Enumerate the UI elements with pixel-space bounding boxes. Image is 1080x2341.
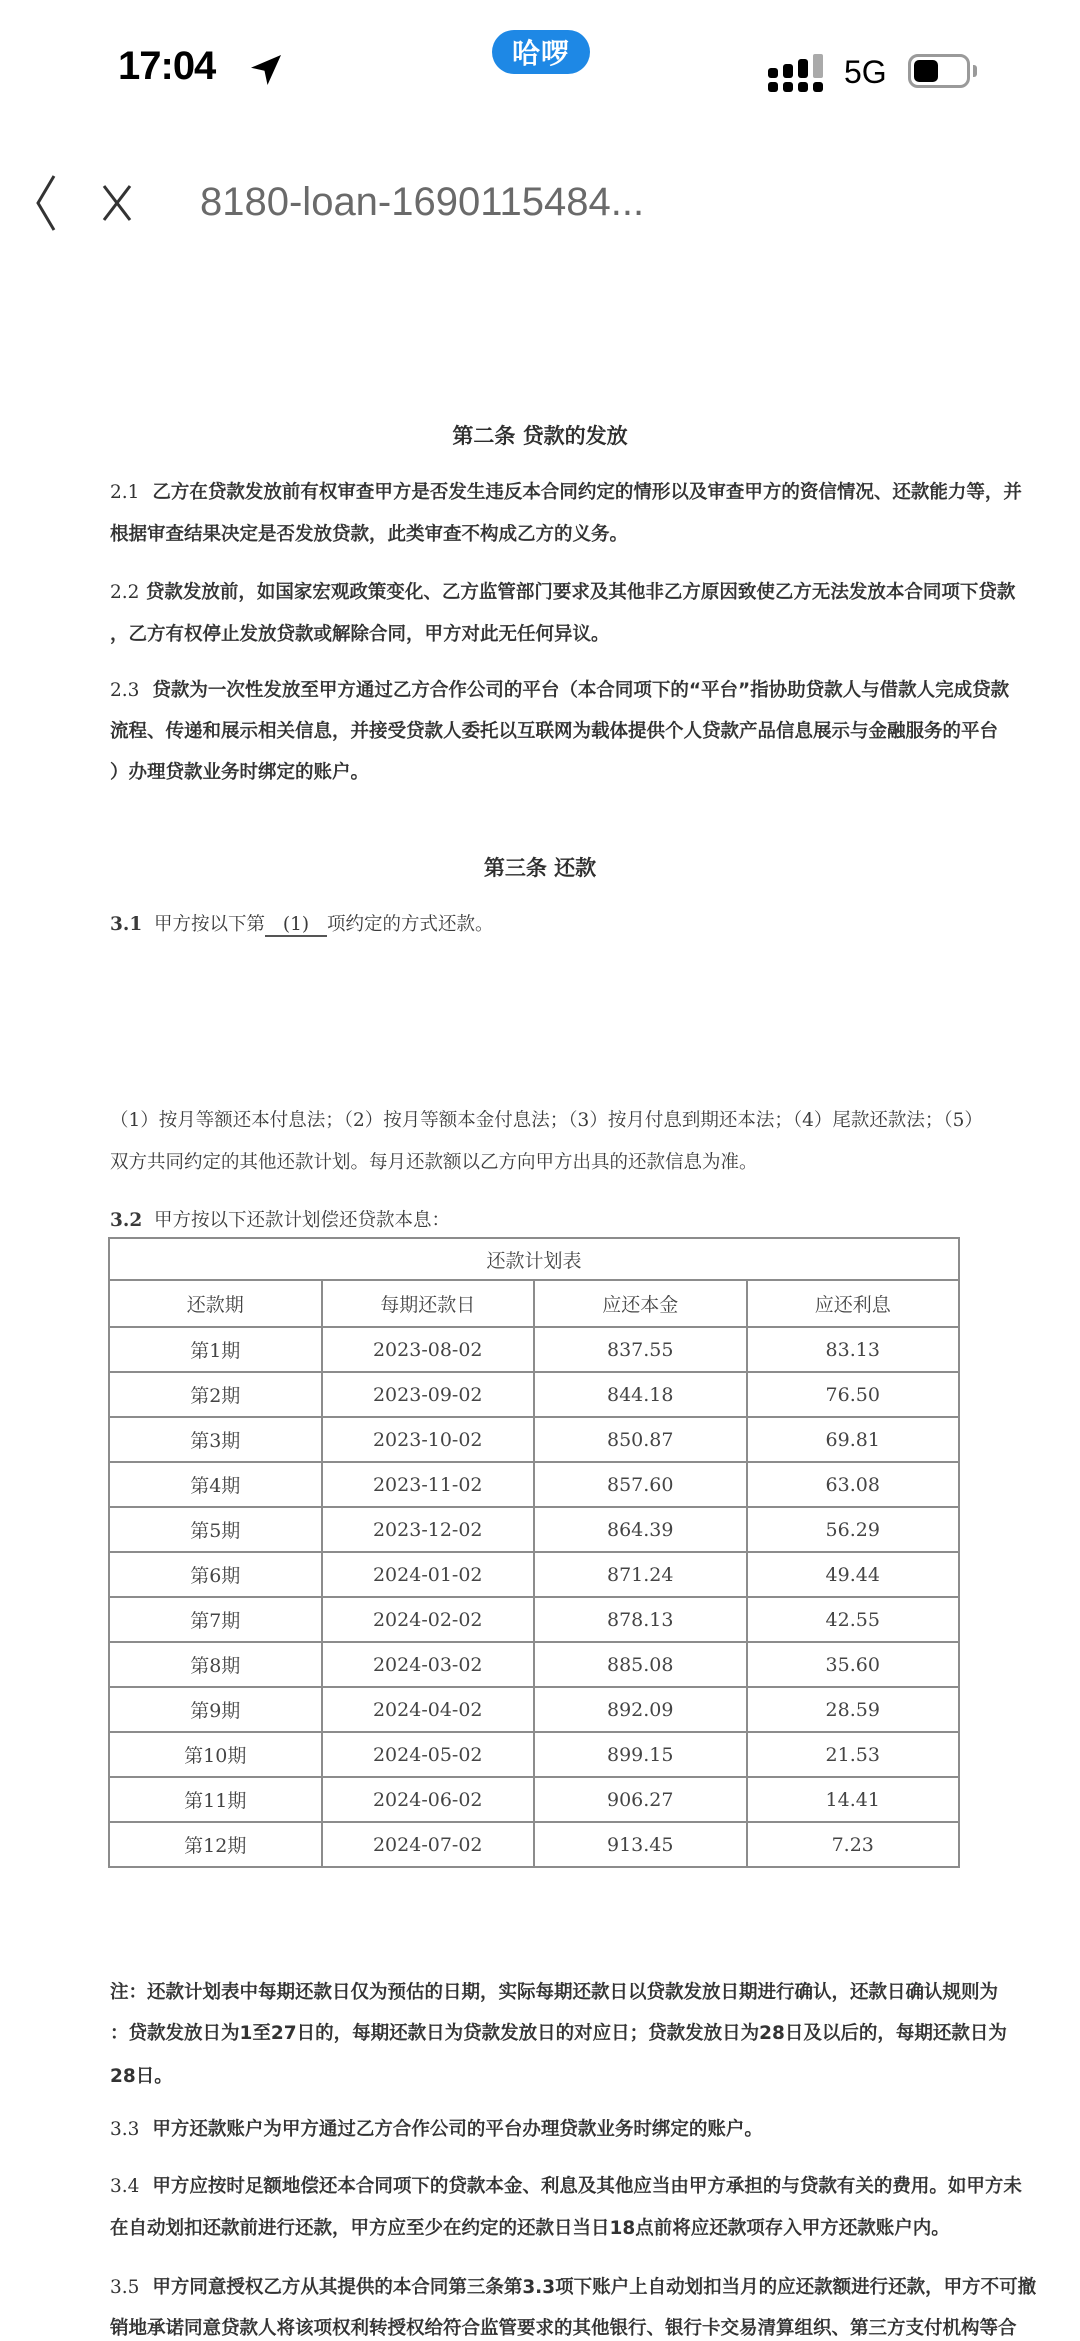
cell-principal: 906.27 — [534, 1777, 747, 1822]
column-header-due-date: 每期还款日 — [322, 1280, 535, 1327]
table-row: 第12期2024-07-02913.457.23 — [109, 1822, 959, 1867]
cell-principal: 878.13 — [534, 1597, 747, 1642]
table-row: 第9期2024-04-02892.0928.59 — [109, 1687, 959, 1732]
table-row: 第7期2024-02-02878.1342.55 — [109, 1597, 959, 1642]
table-row: 第10期2024-05-02899.1521.53 — [109, 1732, 959, 1777]
page-title: 8180-loan-1690115484... — [200, 180, 644, 225]
cell-interest: 28.59 — [747, 1687, 960, 1732]
cell-interest: 76.50 — [747, 1372, 960, 1417]
article-2-heading: 第二条 贷款的发放 — [0, 420, 1080, 450]
methods-line-2: 双方共同约定的其他还款计划。每月还款额以乙方向甲方出具的还款信息为准。 — [110, 1148, 970, 1174]
app-badge-label: 哈啰 — [512, 32, 570, 72]
column-header-interest: 应还利息 — [747, 1280, 960, 1327]
column-header-period: 还款期 — [109, 1280, 322, 1327]
table-row: 第4期2023-11-02857.6063.08 — [109, 1462, 959, 1507]
clause-2-2-line-1: 2.2 贷款发放前，如国家宏观政策变化、乙方监管部门要求及其他非乙方原因致使乙方… — [110, 578, 970, 604]
table-row: 第5期2023-12-02864.3956.29 — [109, 1507, 959, 1552]
cell-principal: 844.18 — [534, 1372, 747, 1417]
cell-due-date: 2023-12-02 — [322, 1507, 535, 1552]
chevron-left-icon[interactable] — [28, 170, 68, 236]
battery-level — [914, 60, 938, 82]
cell-period: 第10期 — [109, 1732, 322, 1777]
cell-principal: 892.09 — [534, 1687, 747, 1732]
cell-due-date: 2024-03-02 — [322, 1642, 535, 1687]
clause-2-3-line-3: ）办理贷款业务时绑定的账户。 — [110, 758, 970, 784]
clause-3-5-line-2: 销地承诺同意贷款人将该项权利转授权给符合监管要求的其他银行、银行卡交易清算组织、… — [110, 2314, 970, 2340]
cell-period: 第3期 — [109, 1417, 322, 1462]
cell-principal: 871.24 — [534, 1552, 747, 1597]
cell-interest: 14.41 — [747, 1777, 960, 1822]
clause-2-1-line-2: 根据审查结果决定是否发放贷款，此类审查不构成乙方的义务。 — [110, 520, 970, 546]
cell-period: 第9期 — [109, 1687, 322, 1732]
cell-due-date: 2024-02-02 — [322, 1597, 535, 1642]
methods-line-1: （1）按月等额还本付息法；（2）按月等额本金付息法；（3）按月付息到期还本法；（… — [110, 1106, 970, 1132]
note-line-2: ：贷款发放日为1至27日的，每期还款日为贷款发放日的对应日；贷款发放日为28日及… — [110, 2019, 970, 2045]
table-row: 第2期2023-09-02844.1876.50 — [109, 1372, 959, 1417]
clause-3-4-line-1: 3.4 甲方应按时足额地偿还本合同项下的贷款本金、利息及其他应当由甲方承担的与贷… — [110, 2172, 970, 2198]
clause-2-1-line-1: 2.1 乙方在贷款发放前有权审查甲方是否发生违反本合同约定的情形以及审查甲方的资… — [110, 478, 970, 504]
cell-interest: 35.60 — [747, 1642, 960, 1687]
cell-period: 第6期 — [109, 1552, 322, 1597]
cell-period: 第7期 — [109, 1597, 322, 1642]
cell-interest: 7.23 — [747, 1822, 960, 1867]
signal-icon — [768, 54, 828, 92]
cell-interest: 21.53 — [747, 1732, 960, 1777]
table-title: 还款计划表 — [109, 1238, 959, 1280]
cell-period: 第12期 — [109, 1822, 322, 1867]
cell-principal: 885.08 — [534, 1642, 747, 1687]
cell-principal: 837.55 — [534, 1327, 747, 1372]
cell-due-date: 2023-10-02 — [322, 1417, 535, 1462]
table-row: 第8期2024-03-02885.0835.60 — [109, 1642, 959, 1687]
cell-period: 第5期 — [109, 1507, 322, 1552]
cell-period: 第2期 — [109, 1372, 322, 1417]
article-3-heading: 第三条 还款 — [0, 852, 1080, 882]
cell-due-date: 2023-11-02 — [322, 1462, 535, 1507]
note-line-1: 注：还款计划表中每期还款日仅为预估的日期，实际每期还款日以贷款发放日期进行确认，… — [110, 1978, 970, 2004]
cell-period: 第8期 — [109, 1642, 322, 1687]
battery-tip — [973, 65, 977, 77]
repayment-method-blank: (1) — [265, 914, 327, 937]
cell-interest: 63.08 — [747, 1462, 960, 1507]
clause-2-3-line-2: 流程、传递和展示相关信息，并接受贷款人委托以互联网为载体提供个人贷款产品信息展示… — [110, 717, 970, 743]
cell-due-date: 2023-09-02 — [322, 1372, 535, 1417]
table-row: 第1期2023-08-02837.5583.13 — [109, 1327, 959, 1372]
cell-due-date: 2024-07-02 — [322, 1822, 535, 1867]
clause-3-1: 3.1 甲方按以下第(1)项约定的方式还款。 — [110, 910, 970, 937]
app-badge[interactable]: 哈啰 — [492, 30, 590, 74]
clause-2-3-line-1: 2.3 贷款为一次性发放至甲方通过乙方合作公司的平台（本合同项下的“平台”指协助… — [110, 676, 970, 702]
cell-due-date: 2023-08-02 — [322, 1327, 535, 1372]
cell-interest: 42.55 — [747, 1597, 960, 1642]
cell-principal: 864.39 — [534, 1507, 747, 1552]
table-row: 第3期2023-10-02850.8769.81 — [109, 1417, 959, 1462]
cell-period: 第1期 — [109, 1327, 322, 1372]
cell-period: 第11期 — [109, 1777, 322, 1822]
clause-3-2: 3.2 甲方按以下还款计划偿还贷款本息： — [110, 1206, 970, 1232]
cell-principal: 899.15 — [534, 1732, 747, 1777]
note-line-3: 28日。 — [110, 2062, 970, 2088]
cell-due-date: 2024-04-02 — [322, 1687, 535, 1732]
cell-due-date: 2024-06-02 — [322, 1777, 535, 1822]
battery-icon — [908, 54, 970, 88]
cell-due-date: 2024-01-02 — [322, 1552, 535, 1597]
network-type: 5G — [844, 54, 887, 91]
cell-interest: 83.13 — [747, 1327, 960, 1372]
clause-3-4-line-2: 在自动划扣还款前进行还款，甲方应至少在约定的还款日当日18点前将应还款项存入甲方… — [110, 2214, 970, 2240]
close-icon[interactable] — [96, 180, 138, 226]
cell-principal: 850.87 — [534, 1417, 747, 1462]
cell-principal: 857.60 — [534, 1462, 747, 1507]
repayment-schedule-table: 还款计划表 还款期 每期还款日 应还本金 应还利息 第1期2023-08-028… — [108, 1237, 960, 1868]
cell-principal: 913.45 — [534, 1822, 747, 1867]
clause-3-3: 3.3 甲方还款账户为甲方通过乙方合作公司的平台办理贷款业务时绑定的账户。 — [110, 2115, 970, 2141]
table-row: 第11期2024-06-02906.2714.41 — [109, 1777, 959, 1822]
clause-3-5-line-1: 3.5 甲方同意授权乙方从其提供的本合同第三条第3.3项下账户上自动划扣当月的应… — [110, 2273, 970, 2299]
cell-due-date: 2024-05-02 — [322, 1732, 535, 1777]
status-time: 17:04 — [118, 44, 215, 89]
cell-interest: 49.44 — [747, 1552, 960, 1597]
table-row: 第6期2024-01-02871.2449.44 — [109, 1552, 959, 1597]
clause-2-2-line-2: ，乙方有权停止发放贷款或解除合同，甲方对此无任何异议。 — [110, 620, 970, 646]
location-arrow-icon — [248, 52, 284, 88]
cell-interest: 69.81 — [747, 1417, 960, 1462]
cell-period: 第4期 — [109, 1462, 322, 1507]
cell-interest: 56.29 — [747, 1507, 960, 1552]
column-header-principal: 应还本金 — [534, 1280, 747, 1327]
table-body: 第1期2023-08-02837.5583.13第2期2023-09-02844… — [109, 1327, 959, 1867]
